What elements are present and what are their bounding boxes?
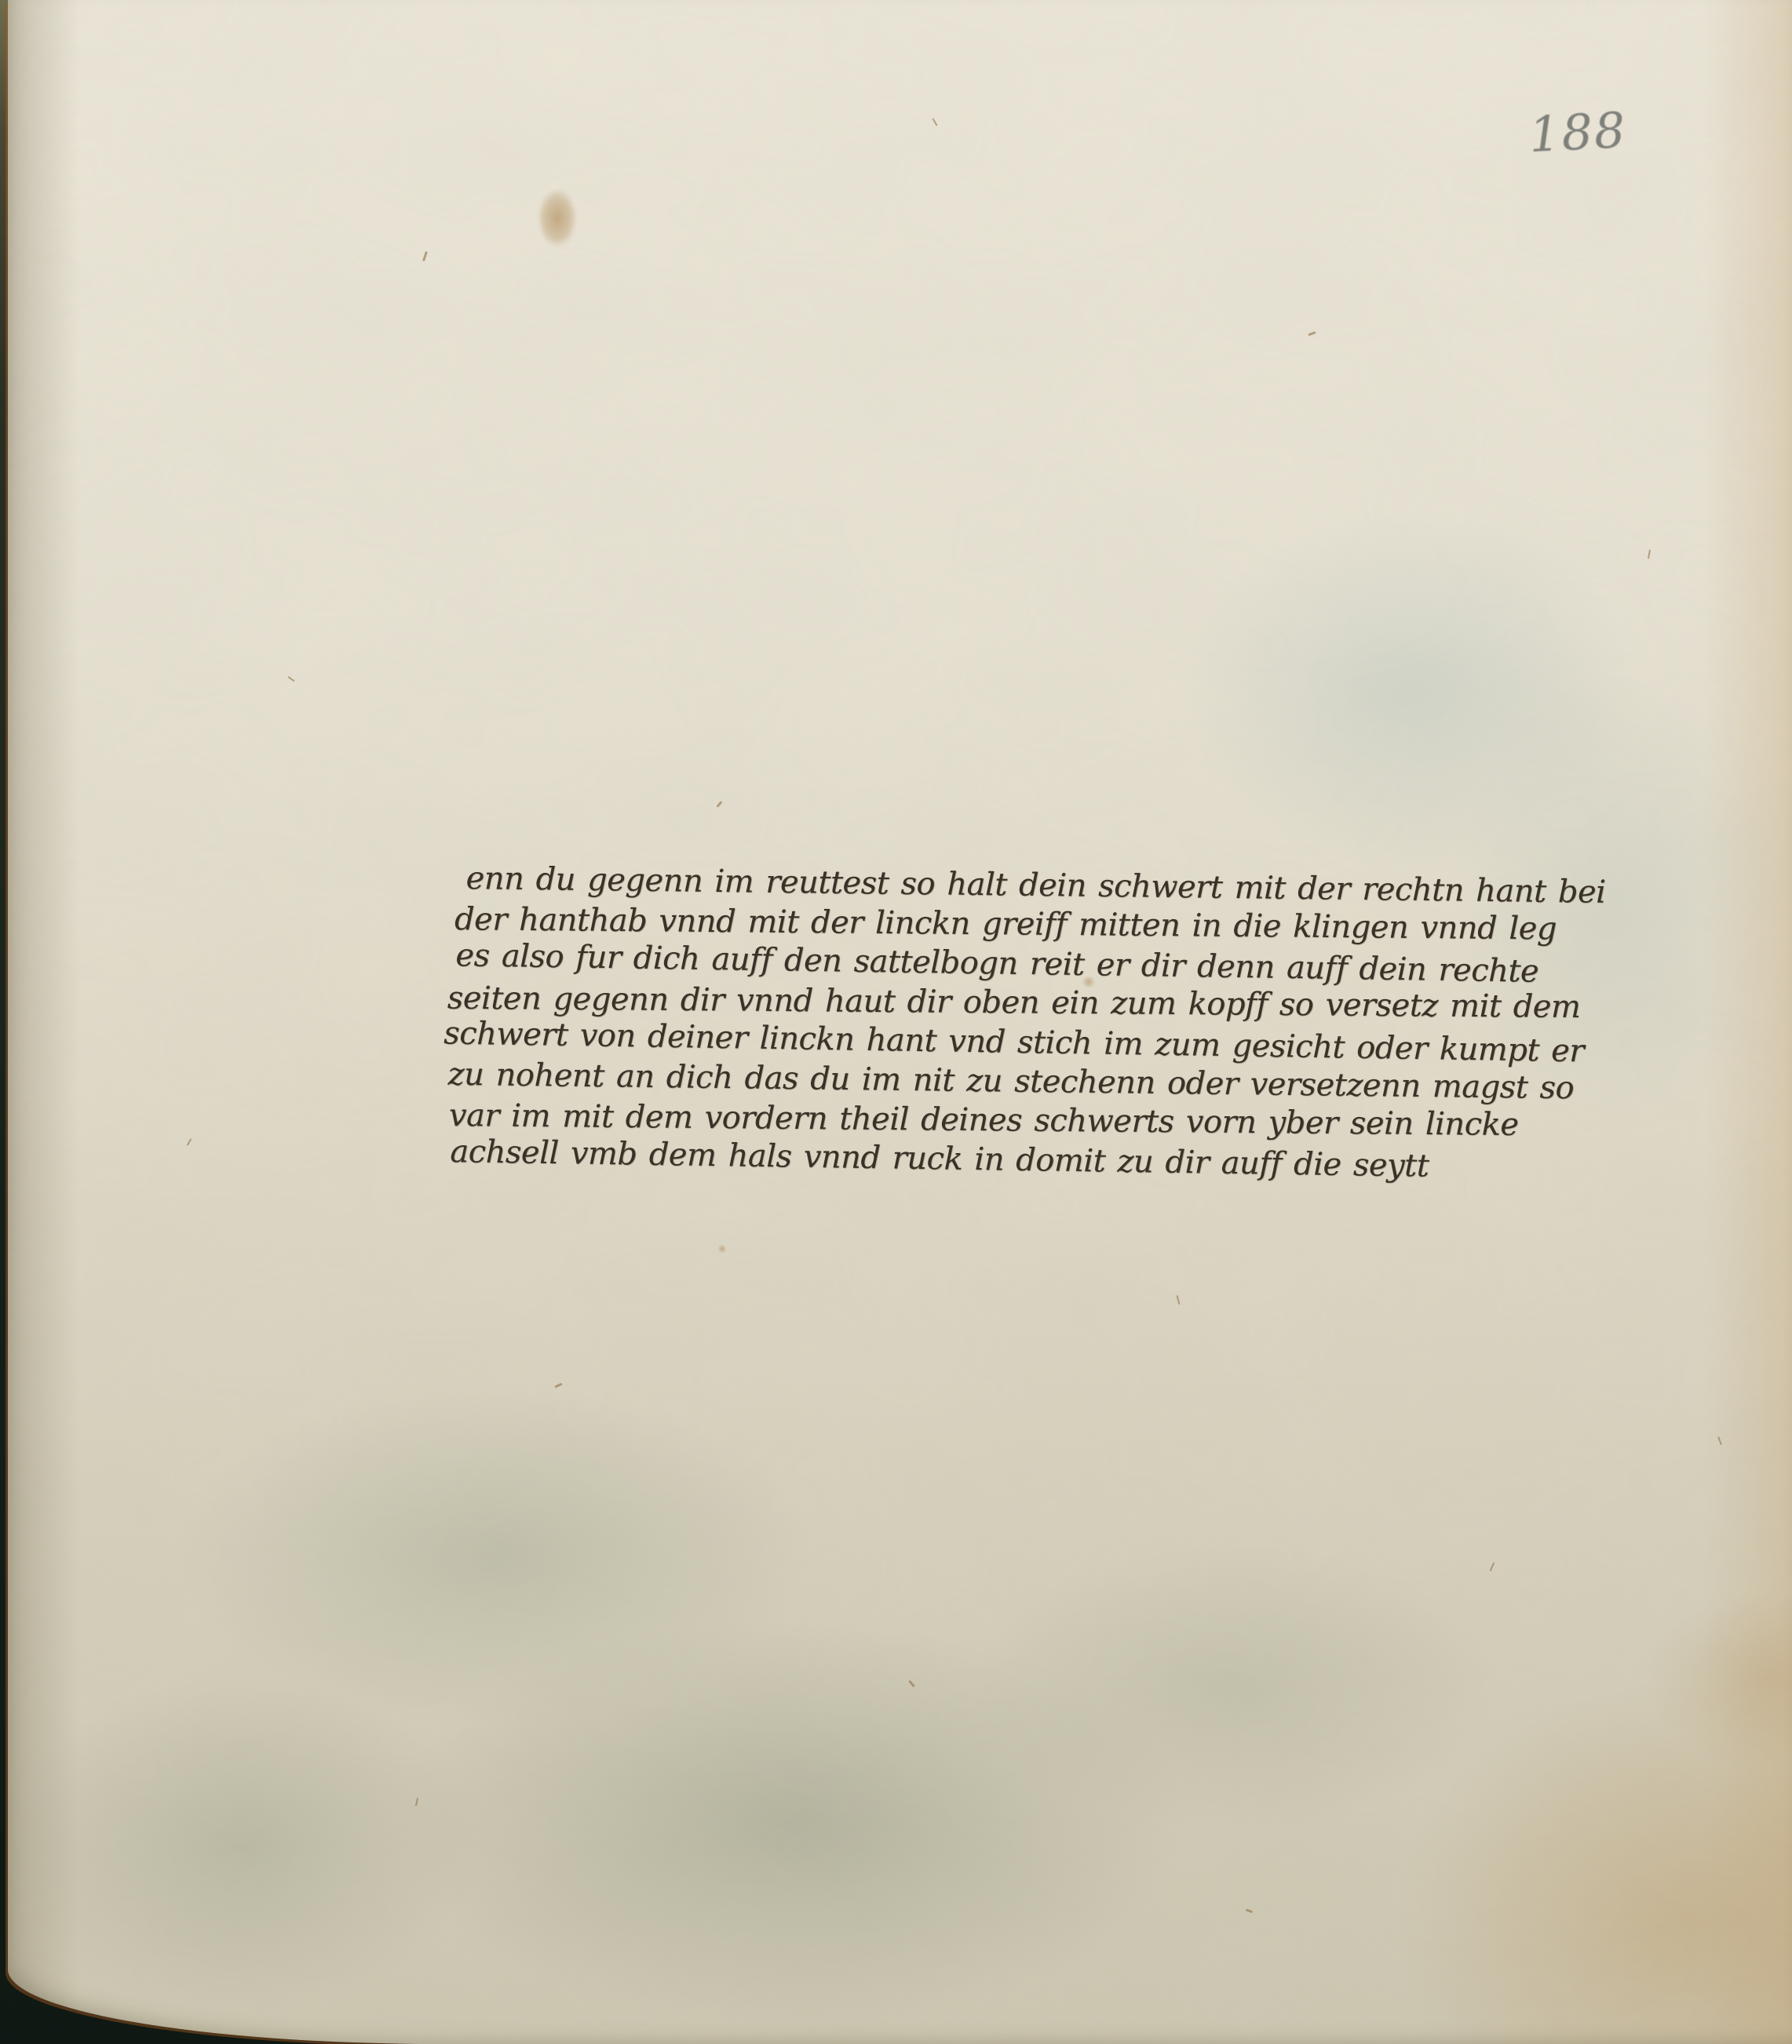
manuscript-page-scan: 188 enn du gegenn im reuttest so halt de… bbox=[0, 0, 1792, 2044]
paper-fleck bbox=[932, 118, 937, 126]
paper-fleck bbox=[554, 1383, 562, 1389]
paper-stain bbox=[718, 1244, 726, 1254]
paper-fleck bbox=[716, 801, 722, 808]
parchment-page: 188 enn du gegenn im reuttest so halt de… bbox=[8, 0, 1792, 2044]
paper-fleck bbox=[422, 251, 428, 261]
paper-fleck bbox=[1490, 1562, 1495, 1571]
folio-number: 188 bbox=[1527, 101, 1628, 163]
paper-fleck bbox=[287, 676, 294, 681]
paper-fleck bbox=[908, 1680, 915, 1688]
paper-fleck bbox=[1308, 331, 1316, 336]
paper-fleck bbox=[1648, 549, 1651, 559]
paper-fleck bbox=[187, 1138, 192, 1146]
paper-stain bbox=[532, 179, 582, 254]
paper-fleck bbox=[1246, 1909, 1253, 1914]
handwritten-text-block: enn du gegenn im reuttest so halt dein s… bbox=[458, 859, 1482, 1185]
paper-fleck bbox=[415, 1798, 418, 1806]
paper-fleck bbox=[1176, 1295, 1180, 1305]
paper-fleck bbox=[1717, 1436, 1722, 1445]
